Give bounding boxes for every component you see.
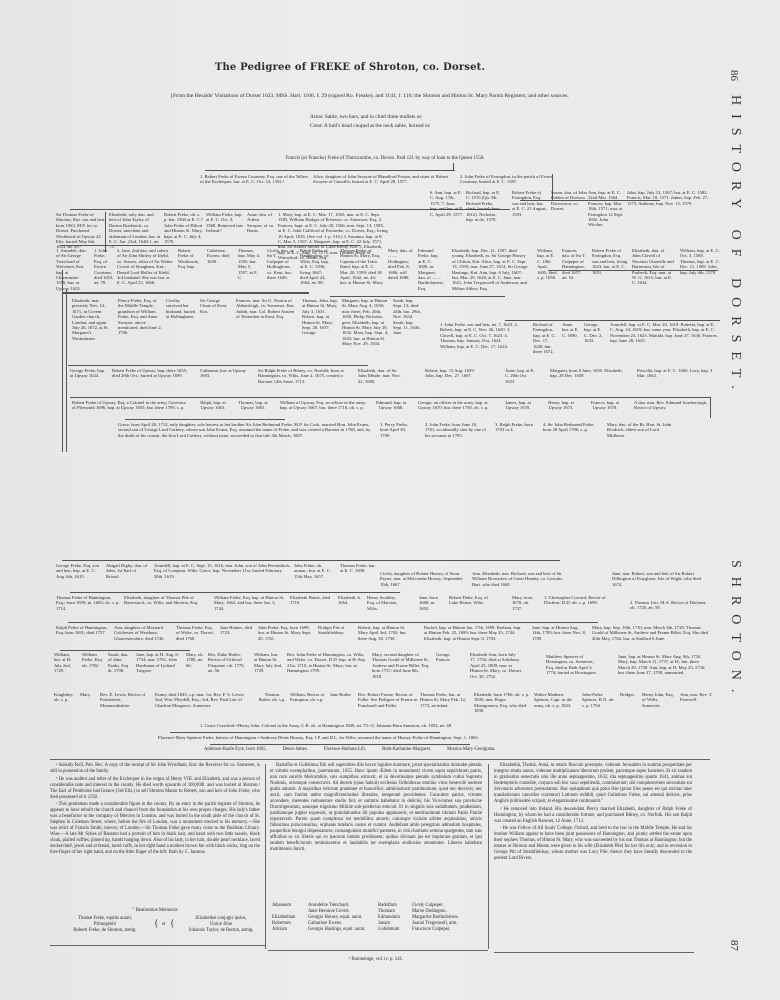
gen4-sarah: Sarah, bap. Sept. 13; died 24th, bur. 29… [393,298,421,336]
lower8-children: Ambrose-Raufe Eyre, born 1865. Denis-Jam… [204,747,495,752]
lower2-elizabeth-harris: Elizabeth Harris, died 1710. [290,595,334,606]
lower5-ann: Ann, mar. Rev. T. Farewell. [680,692,714,703]
gen6-robert-colonel: Robert Freke of Upway, Esq. a Colonel in… [72,400,190,411]
running-head-top: HISTORY OF DORSET. [727,95,743,398]
lower3-ralph: Ralph Freke of Hannington, Esq. born 169… [56,625,108,636]
lower4-elizabeth-ann: Elizabeth Ann, born July 17, 1732; died … [470,652,522,679]
footnote-end-rule [268,950,488,951]
child-florence-barbara: Florence-Barbara-Lili. [324,747,366,752]
lower7-line: Florence-Mary-Spencer Freke, heiress of … [158,735,558,740]
gen4-richard: Richard of Faringdon, bap. at E. C. Dec.… [533,322,559,354]
bottom-footnote: ¹ Baronetage, vol. iv. p. 141. [270,957,482,962]
lower3-rachel-barbara: Rachel, bap. at Hinton Jan. 17th, 1698. … [424,625,522,641]
heraldry: Arms: Sable, two bars, and in chief thre… [310,113,430,131]
crest-text: Crest: A bull's head couped at the neck … [310,122,430,131]
gen3-catherine: Catherine, Ewens, died 1650. [207,248,231,264]
gen3-jane-shirley: 2. Jane, 2nd dau. and coheir of Sir John… [117,248,173,286]
footnote-b: ᵇ He was auditor and teller of the Exche… [50,777,260,801]
lower3-mary-gould: Mary, bap. Sep. 10th, 1710; mar. March 6… [592,625,712,641]
memoriae-et: et [162,922,165,928]
brace-icon: { [154,920,158,926]
gen5-george: George Freke, bap. at Upway 1624. [70,368,108,379]
gen4-george: George, bap. at E. C. Dec. 2, 1633. [584,322,606,344]
gen7-john: 2. John Freke, born June 18, 1701, accid… [425,422,487,438]
gen4-frances-judith: Frances, mar. Sir G. Norton of Abbotslei… [236,298,298,320]
gen5-robert-john: Robert, bap. 13 Aug. 1659. John, bap. De… [425,368,485,379]
lower4-mary: Mary, ob. 1780, æt. 66. [186,652,204,668]
lower6-johanna: 2. Johanna-Burn Smeaton, ob. 1854, æt. 4… [372,723,453,728]
lower3-ann-colchester: Ann, daughter of Maynard Colchester of W… [114,625,170,641]
gen5-catharine: Catharine, bur. at Upway 1693. [200,368,248,379]
footnote-a: ᵃ Subsidy Roll, Pub. Rec. A copy of the … [50,763,260,775]
line [62,560,242,561]
lower2-thomas: Thomas Freke of Hannington, Esq.; born 1… [56,595,120,611]
gen3-elizabeth-clavell: Elizabeth, dau. of John Clavell of Woott… [632,248,674,286]
footnote-end-rule [50,945,265,946]
gen4-anne: Anne, bur. at E. C. 1690. [562,322,580,338]
memoriae-right-3: Johannis Taylor, de Burton, armig. [176,928,266,934]
lower5-thomas-freke: Thomas Freke, bur. at Hinton St. Mary Fe… [420,692,470,708]
line [125,419,285,420]
lower2-henry-southby: Henry Southby, Esq. of Marston, Wilts. [367,595,403,611]
page-number-top: 86 [728,70,740,81]
lower1-jane: Jane, mar. Robert, son and heir of Sir R… [612,571,712,587]
gen3-john: 1. John Freke, Esq. of Ewern Courtney, d… [94,248,114,286]
lower5-henry-john: Henry John, Esq. of Wells, Somerset. [642,692,676,708]
gen6-henry: Henry, bap. at Upway 1673. [546,400,576,411]
gen5-margaret: Margaret, born 8 June, 1656. Elizabeth, … [550,368,630,379]
lower7-florence: Florence-Mary-Spencer Freke, heiress of … [158,735,258,740]
gen4-john-robert: 1. John Freke, son and heir, æt. 7, 1623… [440,322,518,349]
line [70,592,400,593]
footnote-e: ᵉ He was Fellow of All Souls' College, O… [494,826,692,862]
lower3-jane: Jane, bap. at Hinton Aug. 14th, 1709; bu… [532,625,588,641]
lower5-knightley: Knightley, ob. s. p. [54,692,74,703]
footnotes-col2: Radolfus et Gulielmus filii soli superst… [270,763,482,855]
gen7-ralph: 3. Ralph Freke, born 1703 or 4. [495,422,539,433]
gen3-william-thomas: William, bap. at E. C. Oct. 3, 1568. Tho… [680,248,720,275]
gen6-ralph: Ralph, bap. at Upway 1663. [196,400,230,411]
lower2-christopher-coward: 1. Christopher Coward, Rector of Ditchea… [544,595,622,606]
gen2-robert: Robert Freke, ob. s. p. bur. 1560 at E. … [164,212,204,244]
lower4-rev-john: Rev. John Freke of Hannington, co. Wilts… [287,652,369,674]
gen4-piercy: Piercy Freke, Esq. of the Middle Temple,… [118,298,162,336]
footnote-end-rule [494,952,694,953]
lower5-fanny: Fanny, died 1845, s.p. mar. 1st, Rev. F.… [155,692,247,708]
gen6-thomas: Thomas, bap. at Upway 1665. [236,400,270,411]
line [330,296,505,297]
gen3-robert-westbrook: Robert Freke of Westbrook, Esq. bap. [178,248,200,270]
lower4-jane: Jane, bap. at H. Aug. 8, 1734; mar. 1761… [136,652,184,674]
epitaph-latin-continued: Elizabethâ, Thomâ, Annâ, in ætatis flosc… [494,763,692,805]
children-list-cell: Franciscæ Culpeper. [412,927,482,933]
gen5-anne: Anne, bap. at E. C. 20th Oct. 1653. [505,368,535,384]
memoriae-left-3: Roberti Freke, de Shroton, armig. [60,928,150,934]
lower4-sarah: Sarah, dau. of John Panks, Esq. di. 1798… [108,652,132,674]
line [240,560,560,561]
lower3-thomas-wyke: Thomas Freke, Esq. of Wyke, co. Dorset, … [176,625,216,641]
line [210,744,470,745]
gen2-anne-swayne: Anne, dau. of Arthur Swayne, of co. Hant… [247,212,275,234]
lower2-thomas-leir: 2. Thomas Leir, M.A. Rector of Ditcheat,… [630,600,710,611]
lower3-bridget-pitt: Bridget Pitt of Strathfieldsay. [318,625,354,636]
gen6-edmund: Edmund, bap. at Upway 1668. [374,400,408,411]
line [66,290,67,452]
lower1-cicely-hussey: Cicely, daughter of Robert Hussey of Sto… [380,571,466,587]
lower5-walter-matthew: Walter-Matthew Spencer, Capt. in the arm… [534,692,578,708]
lower2-jane: Jane, born 1668; m. 1692. [419,595,445,611]
lower7-ambrose-hussey: Ambrose Denis Hussey, Esq. J.P. and D.L.… [260,735,479,740]
children-list: JohannemArundeliæ Trenchard.RadolfumCice… [272,903,484,933]
pedigree-root: Francis (or Francke) Freke of Thorncombe… [240,156,530,161]
lower1-arundell: Arundell, bap. at E. C. Sept. 15, 1616, … [154,563,292,579]
line [505,320,720,321]
lower5-william-rector: William, Rector of Frampton, ob. s.p. [290,692,326,703]
gen2-william: William Freke, bap. at E. C. Oct. 3, 156… [206,212,244,234]
lower5-bridget: Bridget. [620,692,638,697]
lower4-duke-butler: Rev. Duke Butler, Rector of Ockford Fitz… [208,652,250,674]
line [68,622,598,623]
epitaph-latin: Radolfus et Gulielmus filii soli superst… [270,763,482,853]
lower3-jane-haines: Jane Haines, died 1723. [220,625,256,636]
gen2-robert-faringdon: Robert Freke of Faringdon, Esq. son and … [512,190,548,217]
gen6-william: William of Upway, Esq. an officer in the… [280,400,368,411]
gen1-john: 2. John Freke of Faringdon, in the paris… [460,174,560,185]
gen4-george-chute: Sir George Chute of Kent, Knt. [200,298,230,314]
gen5-priscilla: Priscilla, bap. at E. C. 1660. Lucy, bap… [637,368,717,379]
lower4-jane-mary-ann: Jane, bap. at Hinton St. Mary Aug. 9th, … [618,654,710,676]
page-number-bottom: 87 [728,940,740,951]
sources-note: [From the Heralds' Visitations of Dorset… [40,93,700,99]
gen6-francis: Francis, bap. at Upway 1678. [588,400,622,411]
line [60,650,190,651]
lower2-mary: Mary, born 1670; ob. 1737. [512,595,540,611]
column-divider [488,764,489,949]
gen4-margaret: Margaret, bap. at Hinton St. Mary Aug. 4… [342,298,390,347]
gen6-daughter: A dau. mar. Rev. Edmund Scarborough, Rec… [634,400,710,411]
gen3-thomas-hinton: Thomas Freke of Hinton St. Mary, Esq. Ca… [340,248,384,286]
lower1-george: George Freke, Esq. son and heir, bap. at… [56,563,102,579]
lower2-robert-duke: Robert Duke, Esq. of Lake House, Wilts. [449,595,493,606]
children-list-cell: Aliciam [272,927,308,933]
lower4-matthew-spencer: Matthew Spencer of Horsington, co. Somer… [546,654,602,676]
footnotes-col1: ᵃ Subsidy Roll, Pub. Rec. A copy of the … [50,763,260,858]
lower4-william: William, bur. at H. July 2nd, 1729. [54,652,78,674]
gen7-sir-john-redmond: 4. Sir John Redmond Freke, born 28 April… [543,422,603,433]
lower4-william-bur: William, bur. at Hinton St. Mary July 2n… [254,652,282,674]
gen1-alice: Alice, daughter of John Swayne of Blandf… [313,174,453,185]
line [60,245,360,246]
lower6-grace-crawford: 1. Grace Crawford. [200,723,235,728]
gen2-ann-frances: Ann, bap. at E. C. 22nd Mar. 1564. Franc… [588,190,624,228]
child-denis: Denis-James. [283,747,308,752]
lower3-robert: Robert, bap. at Hinton St. Mary April 3r… [358,625,416,641]
footnote-rule [50,759,710,760]
children-list-cell: Gulielmum [378,927,412,933]
gen3-frances-culpeper: Frances, dau. of Sir T. Culpeper of Hann… [562,248,586,280]
gen2-ann-joan: 6. Ann, bap. at E. C. Aug. 17th, 1575. 7… [430,190,464,217]
line [62,292,309,294]
gen3-mary-dodington: Mary, dau. of ........ Dodington; died F… [388,248,414,280]
gen7-grace: Grace, born April 20, 1712, only daughte… [118,422,376,438]
lower6-line: 1. Grace Crawford.=Henry John, Colonel i… [200,723,560,728]
lower5-rev-lewis: Rev. E. Lewis, Rector of Portskewet, Mon… [100,692,152,708]
lower5-rev-robert-frome: Rev. Robert Frome, Rector of Folke. See … [358,692,420,708]
lower5-john-freke-spencer: John-Freke Spencer, R.N. ob. s. p. 1794. [582,692,618,708]
lower5-jane-butler: Jane Butler. [330,692,356,697]
lower2-elizabeth-pile: Elizabeth, daughter of Thomas Pile of Ba… [124,595,208,606]
lower4-mary-gould: Mary, second daughter of Thomas Gould of… [372,652,430,679]
footnote-c: ᶜ This gentleman made a considerable fig… [50,802,260,856]
line [170,732,440,733]
children-list-cell: Georgio Hastings, equit. aurat. [308,927,378,933]
gen1-robert: 1. Robert Freke of Ewern Courtney, Esq. … [200,174,310,185]
running-head-bottom: SHROTON. [727,560,743,701]
child-monica: Monica-Mary-Georgiana. [447,747,495,752]
gen4-elizabeth: Elizabeth, mar. privately Nov. 14, 1671,… [72,298,114,341]
lower1-thomas: Thomas Freke, bur. at E. C. 1698. [340,563,376,574]
child-ambrose: Ambrose-Raufe Eyre, born 1865. [204,747,267,752]
lower3-john: John Freke, Esq. born 1698; bur. at Hint… [258,625,314,641]
gen2-john-francis: John, bap. July 13, 1567; bur. at E. C. … [627,190,717,206]
gen5-elizabeth-meade: Elizabeth, dau. of Sir John Meade, mar. … [358,368,404,384]
lower5-mary: Mary. [80,692,96,697]
line [205,170,455,171]
child-ruth: Ruth-Katharine-Margaret. [382,747,431,752]
line [68,365,368,366]
gen3-cicely: Cicely, dau. of Sir T. Culpeper of Holli… [267,248,295,280]
gen7-percy: 1. Percy Freke, born April 30, 1709. [380,422,416,438]
memoriae-heading: " Beatissimæ Memoriæ [50,908,260,913]
lower4-george-francis: George. Francis. [436,652,458,663]
lower5-thomas-butler: Thomas Butler, ob. s.p. [258,692,286,703]
book-page-spread: The Pedigree of FREKE of Shroton, co. Do… [0,0,780,1000]
gen3-william: William, bap. at E. C. 18th April, 1605;… [537,248,557,280]
line [105,212,106,252]
lower2-elizabeth: Elizabeth, b. 1664. [338,595,364,606]
lower2-william: William Freke, Esq. bap. at Hinton St. M… [214,595,286,611]
gen6-james: James, bap. at Upway 1670. [500,400,536,411]
gen3-elizabeth-alice: Elizabeth, bap. Dec. 21, 1587; died youn… [452,248,528,291]
gen5-sir-ralph: Sir Ralph Freke of Bilney, co. Norfolk, … [258,368,354,384]
gen7-mary-brodrick: Mary, dau. of the Rt. Hon. St. John Brod… [607,422,677,438]
lower1-abigail: Abigail Digby, dau. of John, 1st Earl of… [106,563,150,579]
gen4-cecilia: Cecilia, survived her husband, buried at… [166,298,196,320]
lower5-elizabeth: Elizabeth, born 1766; ob. s. p. 1835; ma… [474,692,530,714]
lower1-ann-elizabeth: Ann. Elizabeth, mar. Richard, son and he… [472,571,572,587]
line [62,270,63,452]
lower6-henry-john: Henry John, Colonel in the Army, C.B. ob… [238,723,369,728]
gen5-robert-upway: Robert Freke of Upway, bap. there 1655; … [112,368,196,379]
footnotes-col3: Elizabethâ, Thomâ, Annâ, in ætatis flosc… [494,763,692,864]
gen2-susan-pulden: Susan, dau. of John Pulden of Dorison Da… [551,190,587,212]
gen3-ralph: Ralph Freke of Hannington, co. Wilts, Es… [300,248,330,286]
gen4-sons: Thomas. John, bap. at Hinton St. Mary, J… [302,298,338,336]
gen6-george: George, an officer in the army, bap. at … [418,400,490,411]
line [453,163,454,171]
gen3-robert-faringdon: Robert Freke of Faringdon, Esq. son and … [592,248,628,275]
gen3-thomas: Thomas, bap. May 4, 1595; bur. May 5, 15… [238,248,262,280]
footnote-d: ᵈ He removed into Ireland. His descendan… [494,807,692,825]
brace-icon: { [170,920,174,926]
lower4-william-freke: William Freke, Esq. ob. 1782. [82,652,104,668]
gen4-daughters: Arundell, bap. at E. C. Mar. 20, 1618. R… [610,322,720,344]
gen2-richard: Richard, bap. at E. C. 1576 (Qu. Mr. Ric… [466,190,502,222]
lower1-john: John Freke, ob. unmar.; bur. at E. C. 15… [294,563,334,579]
page-title: The Pedigree of FREKE of Shroton, co. Do… [0,62,700,73]
gen3-edmund: Edmund Freke, bap. at E. C. 1600, m. Mar… [418,248,442,291]
children-list-row: AliciamGeorgio Hastings, equit. aurat.Gu… [272,927,484,933]
arms-text: Arms: Sable, two bars, and in chief thre… [310,113,430,122]
